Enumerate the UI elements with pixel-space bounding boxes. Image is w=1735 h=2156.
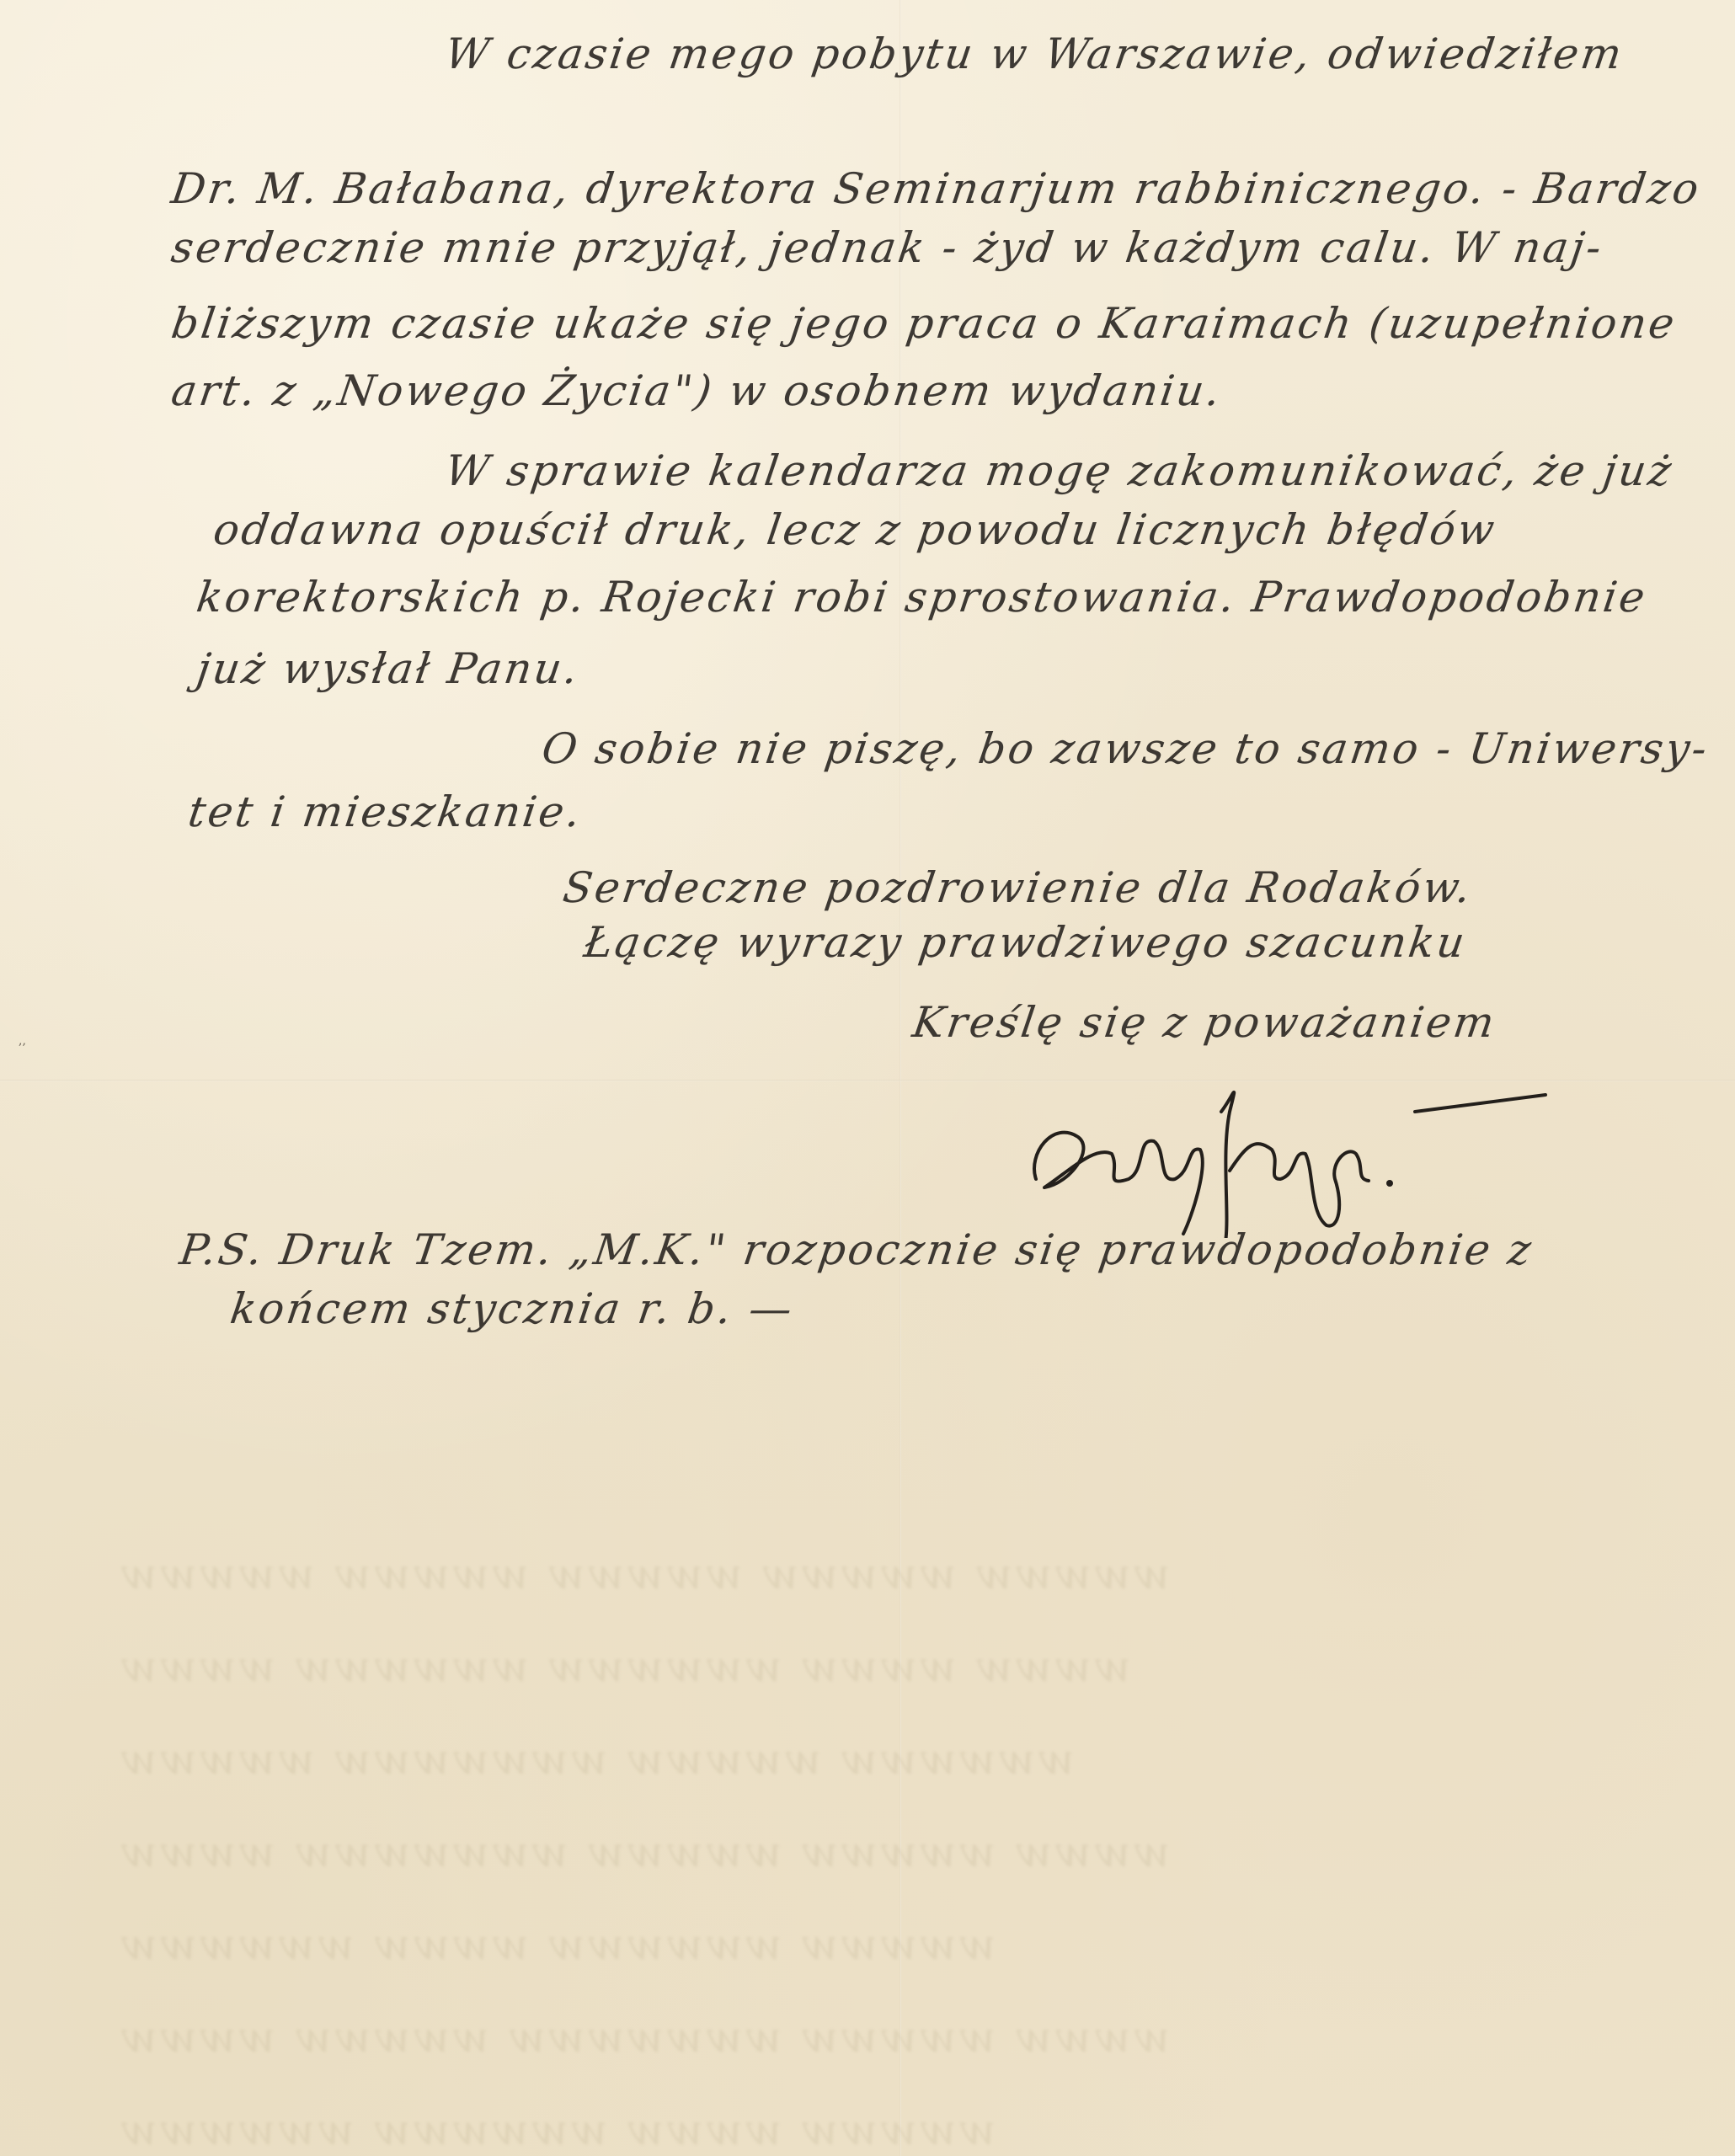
letter-line: tet i mieszkanie. — [185, 787, 585, 836]
postscript-line: P.S. Druk Tzem. „M.K." rozpocznie się pr… — [177, 1225, 1536, 1274]
letter-line: oddawna opuścił druk, lecz z powodu licz… — [211, 505, 1500, 554]
letter-line: art. z „Nowego Życia") w osobnem wydaniu… — [168, 366, 1225, 415]
closing-respects: Łączę wyrazy prawdziwego szacunku — [581, 918, 1470, 967]
closing-sign-off: Kreślę się z poważaniem — [910, 998, 1500, 1047]
letter-line: W sprawie kalendarza mogę zakomunikować,… — [442, 446, 1677, 495]
letter-line: O sobie nie piszę, bo zawsze to samo - U… — [539, 724, 1712, 773]
letter-line: korektorskich p. Rojecki robi sprostowan… — [194, 573, 1650, 622]
letter-line: serdecznie mnie przyjął, jednak - żyd w … — [168, 223, 1607, 272]
closing-greeting: Serdeczne pozdrowienie dla Rodaków. — [560, 863, 1476, 912]
postscript-line: końcem stycznia r. b. — — [227, 1284, 798, 1333]
letter-line: już wysłał Panu. — [194, 644, 583, 693]
margin-mark: ,, — [19, 1034, 27, 1039]
letter-line: W czasie mego pobytu w Warszawie, odwied… — [442, 29, 1627, 78]
letter-line: Dr. M. Bałabana, dyrektora Seminarjum ra… — [168, 164, 1704, 213]
signature-icon — [1019, 1044, 1710, 1238]
letter-line: bliższym czasie ukaże się jego praca o K… — [168, 299, 1679, 348]
